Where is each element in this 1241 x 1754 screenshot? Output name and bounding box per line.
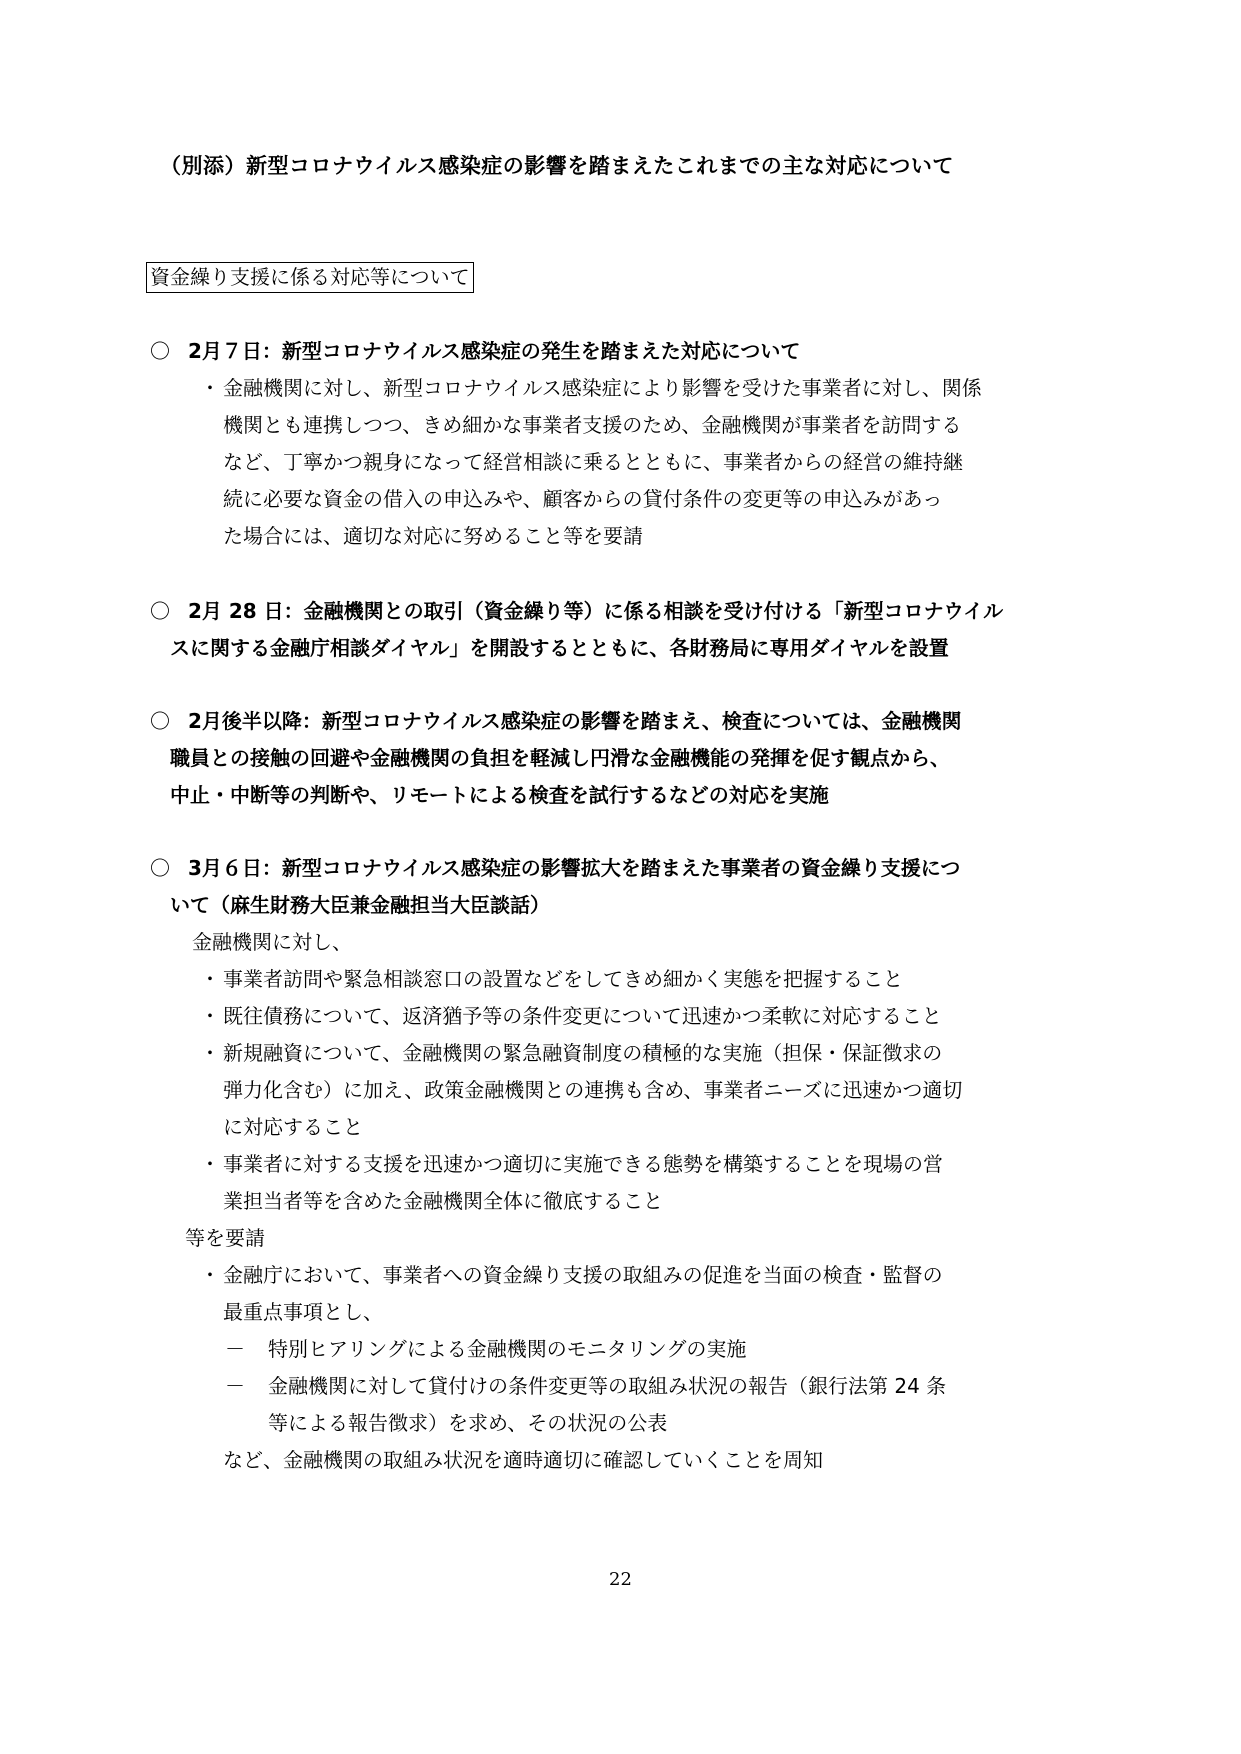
dash-marker-icon: － <box>225 1368 245 1405</box>
item-late-feb: 〇2月後半以降：新型コロナウイルス感染症の影響を踏まえ、検査については、金融機関… <box>150 703 1100 814</box>
item-mar-6: 〇3月６日：新型コロナウイルス感染症の影響拡大を踏まえた事業者の資金繰り支援につ… <box>150 850 1100 1479</box>
intro-text: 金融機関に対し、 <box>150 924 1100 961</box>
bullet-dot-icon: ・ <box>200 961 220 998</box>
bullet-continuation: 最重点事項とし、 <box>150 1294 1100 1331</box>
request-label: 等を要請 <box>150 1220 1100 1257</box>
bullet-continuation: に対応すること <box>150 1109 1100 1146</box>
bullet-dot-icon: ・ <box>200 370 220 407</box>
item-heading-continuation: 職員との接触の回避や金融機関の負担を軽減し円滑な金融機能の発揮を促す観点から、 <box>150 740 1100 777</box>
bullet-continuation: た場合には、適切な対応に努めること等を要請 <box>150 518 1100 555</box>
item-heading: 〇2月後半以降：新型コロナウイルス感染症の影響を踏まえ、検査については、金融機関 <box>150 703 1100 740</box>
section-heading-boxed: 資金繰り支援に係る対応等について <box>146 262 474 293</box>
bullet-continuation: など、丁寧かつ親身になって経営相談に乗るとともに、事業者からの経営の維持継 <box>150 444 1100 481</box>
bullet-line: ・新規融資について、金融機関の緊急融資制度の積極的な実施（担保・保証徴求の <box>150 1035 1100 1072</box>
bullet-dot-icon: ・ <box>200 1257 220 1294</box>
closing-text: など、金融機関の取組み状況を適時適切に確認していくことを周知 <box>150 1442 1100 1479</box>
item-heading: 〇2月 28 日：金融機関との取引（資金繰り等）に係る相談を受け付ける「新型コロ… <box>150 593 1100 630</box>
page-number: 22 <box>0 1569 1241 1590</box>
bullet-dot-icon: ・ <box>200 1035 220 1072</box>
bullet-dot-icon: ・ <box>200 1146 220 1183</box>
bullet-line: ・既往債務について、返済猶予等の条件変更について迅速かつ柔軟に対応すること <box>150 998 1100 1035</box>
bullet-continuation: 業担当者等を含めた金融機関全体に徹底すること <box>150 1183 1100 1220</box>
item-feb-7: 〇2月７日：新型コロナウイルス感染症の発生を踏まえた対応について ・金融機関に対… <box>150 333 1100 555</box>
bullet-line: ・事業者訪問や緊急相談窓口の設置などをしてきめ細かく実態を把握すること <box>150 961 1100 998</box>
circle-marker-icon: 〇 <box>150 333 188 370</box>
circle-marker-icon: 〇 <box>150 850 188 887</box>
item-heading: 〇3月６日：新型コロナウイルス感染症の影響拡大を踏まえた事業者の資金繰り支援につ <box>150 850 1100 887</box>
bullet-dot-icon: ・ <box>200 998 220 1035</box>
dash-continuation: 等による報告徴求）を求め、その状況の公表 <box>150 1405 1100 1442</box>
dash-line: －金融機関に対して貸付けの条件変更等の取組み状況の報告（銀行法第 24 条 <box>150 1368 1100 1405</box>
circle-marker-icon: 〇 <box>150 593 188 630</box>
bullet-continuation: 機関とも連携しつつ、きめ細かな事業者支援のため、金融機関が事業者を訪問する <box>150 407 1100 444</box>
item-heading: 〇2月７日：新型コロナウイルス感染症の発生を踏まえた対応について <box>150 333 1100 370</box>
item-heading-continuation: 中止・中断等の判断や、リモートによる検査を試行するなどの対応を実施 <box>150 777 1100 814</box>
bullet-line: ・金融庁において、事業者への資金繰り支援の取組みの促進を当面の検査・監督の <box>150 1257 1100 1294</box>
item-heading-continuation: いて（麻生財務大臣兼金融担当大臣談話） <box>150 887 1100 924</box>
bullet-continuation: 続に必要な資金の借入の申込みや、顧客からの貸付条件の変更等の申込みがあっ <box>150 481 1100 518</box>
dash-marker-icon: － <box>225 1331 245 1368</box>
bullet-line: ・金融機関に対し、新型コロナウイルス感染症により影響を受けた事業者に対し、関係 <box>150 370 1100 407</box>
bullet-line: ・事業者に対する支援を迅速かつ適切に実施できる態勢を構築することを現場の営 <box>150 1146 1100 1183</box>
circle-marker-icon: 〇 <box>150 703 188 740</box>
bullet-continuation: 弾力化含む）に加え、政策金融機関との連携も含め、事業者ニーズに迅速かつ適切 <box>150 1072 1100 1109</box>
dash-line: －特別ヒアリングによる金融機関のモニタリングの実施 <box>150 1331 1100 1368</box>
item-heading-continuation: スに関する金融庁相談ダイヤル」を開設するとともに、各財務局に専用ダイヤルを設置 <box>150 630 1100 667</box>
item-feb-28: 〇2月 28 日：金融機関との取引（資金繰り等）に係る相談を受け付ける「新型コロ… <box>150 593 1100 667</box>
document-title: （別添）新型コロナウイルス感染症の影響を踏まえたこれまでの主な対応について <box>160 150 1100 180</box>
